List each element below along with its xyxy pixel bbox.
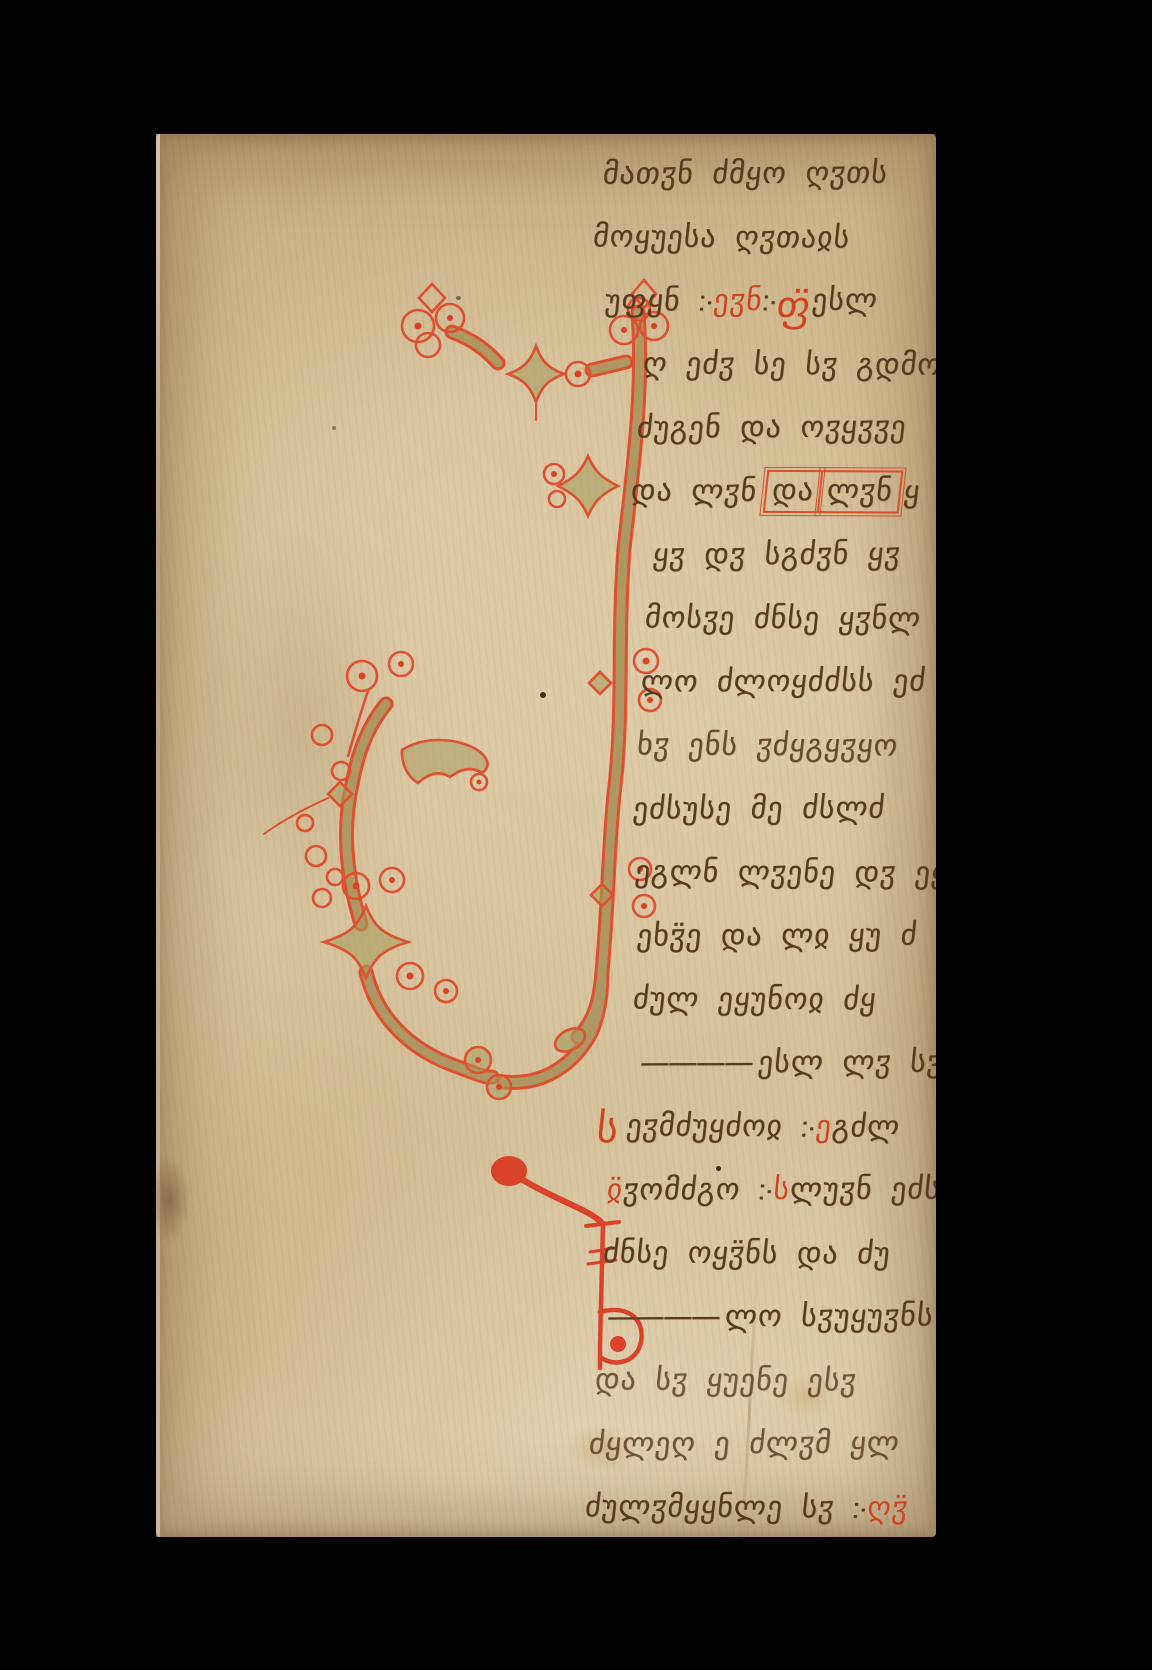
page-edge-highlight [156, 134, 160, 1537]
manuscript-line: ძულ ეყუნოჲ ძყ [630, 967, 936, 1032]
text-segment: ძუგენ და ოჳყჳჳე [635, 410, 908, 446]
text-segment: ფ̈ [774, 282, 814, 330]
manuscript-line: ეძსუსე მე ძსლძ [630, 776, 936, 841]
manuscript-line: ————ლო სჳუყუჳნს [604, 1284, 936, 1349]
text-segment: ლო სჳუყუჳნს [723, 1299, 935, 1335]
text-segment: ეხჳ̈ე და ლჲ ყუ ძ [635, 918, 919, 954]
manuscript-line: ეხჳ̈ე და ლჲ ყუ ძ [634, 903, 936, 968]
manuscript-line: ღ ეძჳ სე სჳ გდმო [640, 332, 936, 397]
text-segment: ეძსუსე მე ძსლძ [631, 791, 887, 827]
manuscript-line: მოსჳე ძნსე ყჳნლ [642, 586, 936, 651]
manuscript-page: მათჳნ ძმყო ღჳთსჭმოყუესა ღჳთაჲსუფყნ ჻ ეჳნ… [156, 134, 936, 1537]
text-segment: ძნსე ოყჳ̈ნს და ძუ [601, 1235, 892, 1271]
text-segment: ეჳნ [712, 283, 765, 318]
text-segment: ძულ ეყუნოჲ ძყ [631, 981, 878, 1017]
text-segment: ესლ ლჳ სჳ ოჳ [756, 1045, 936, 1081]
text-segment: ეჳმძუყძოჲ ჻ [625, 1108, 818, 1144]
manuscript-line: სეჳმძუყძოჲ ჻ ეგძლ [594, 1094, 936, 1159]
text-segment: ძყლეღ ე ძლჳმ ყლ [587, 1426, 901, 1462]
manuscript-line: უფყნ ჻ ეჳნ ჻ ფ̈ ესლ [602, 268, 936, 333]
manuscript-line: ჭმოყუესა ღჳთაჲს [585, 205, 936, 270]
text-segment: და ლჳნ [629, 473, 759, 509]
manuscript-line: ————ესლ ლჳ სჳ ოჳ [637, 1030, 936, 1095]
manuscript-line: ეგლნ ლჳენე დჳ ეყ [632, 840, 936, 905]
text-segment: მათჳნ ძმყო ღჳთს [601, 156, 890, 192]
text-segment: ესლ [810, 283, 879, 318]
text-segment: ჳომძგო ჻ [621, 1172, 775, 1208]
text-segment: მოყუესა ღჳთაჲს [591, 219, 852, 255]
manuscript-line: ყჳ დჳ სგძჳნ ყჳ [650, 523, 936, 587]
correction-box-word: და [763, 470, 822, 513]
text-segment: ყჳ დჳ სგძჳნ ყჳ [651, 537, 902, 573]
manuscript-line: ლო ძლოყძძსს ეძ [638, 649, 936, 714]
text-segment: ———— [605, 1299, 721, 1334]
manuscript-line: ძყლეღ ე ძლჳმ ყლ [586, 1411, 936, 1476]
text-segment: ———— [638, 1045, 754, 1080]
manuscript-line: ხჳ ენს ჳძყგყჳყო [634, 713, 936, 778]
text-segment: ს [594, 1104, 622, 1152]
manuscript-line: ძულჳმყყნლე სჳ ჻ ღჳ̈ [585, 1475, 936, 1537]
text-block: მათჳნ ძმყო ღჳთსჭმოყუესა ღჳთაჲსუფყნ ჻ ეჳნ… [585, 142, 936, 1537]
manuscript-line: და სჳ ყუენე ესჳ [592, 1348, 936, 1413]
ink-speck [540, 692, 546, 698]
photo-stage: მათჳნ ძმყო ღჳთსჭმოყუესა ღჳთაჲსუფყნ ჻ ეჳნ… [0, 0, 1152, 1670]
text-segment: ყ [902, 474, 922, 509]
manuscript-line: ძნსე ოყჳ̈ნს და ძუ [600, 1221, 936, 1286]
correction-box-word: ლჳნ [818, 470, 904, 513]
text-segment: ლო ძლოყძძსს ეძ [639, 664, 928, 700]
text-segment: ძულჳმყყნლე სჳ ჻ [585, 1489, 869, 1525]
manuscript-line: ჲ̈ ჳომძგო ჻ ს ლუჳნ ეძს [604, 1157, 936, 1222]
text-segment: უფყნ ჻ [603, 283, 715, 318]
text-segment: და სჳ ყუენე ესჳ [593, 1362, 858, 1398]
stain [196, 514, 416, 934]
manuscript-line: და ლჳნდალჳნ ყ [628, 459, 936, 524]
text-segment: ეგლნ ლჳენე დჳ ეყ [633, 854, 936, 890]
text-segment: გძლ [830, 1109, 902, 1144]
text-segment: ღჳ̈ [866, 1490, 911, 1525]
text-segment: მოსჳე ძნსე ყჳნლ [643, 600, 923, 636]
ink-speck [332, 426, 336, 430]
ink-speck [456, 296, 461, 300]
text-segment: ღ ეძჳ სე სჳ გდმო [641, 346, 936, 382]
manuscript-line: ძუგენ და ოჳყჳჳე [634, 395, 936, 460]
text-segment: ხჳ ენს ჳძყგყჳყო [635, 727, 900, 763]
manuscript-line: მათჳნ ძმყო ღჳთს [600, 142, 936, 206]
text-segment: ლუჳნ ეძს [788, 1172, 936, 1208]
